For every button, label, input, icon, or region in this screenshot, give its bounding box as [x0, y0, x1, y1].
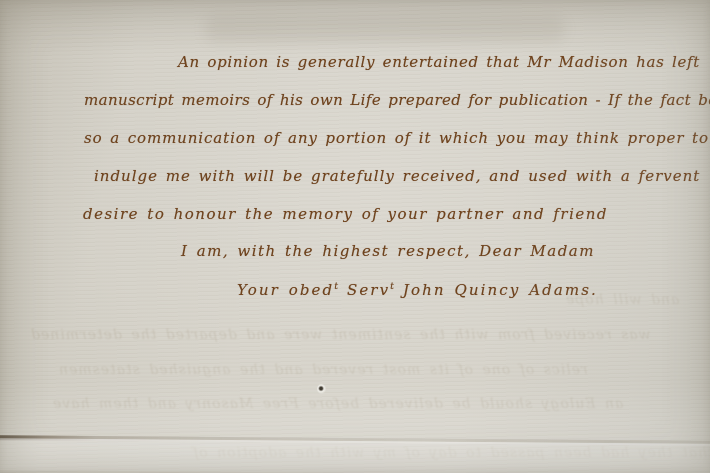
signature-closing: Serv	[338, 281, 390, 299]
bleed-through-line: relics of one of its most revered and th…	[58, 363, 588, 377]
fold-crease	[0, 435, 710, 446]
letter-line: manuscript memoirs of his own Life prepa…	[84, 93, 710, 108]
below-fold-highlight	[0, 438, 710, 473]
letter-line: desire to honour the memory of your part…	[83, 207, 608, 222]
letter-line: An opinion is generally entertained that…	[178, 55, 700, 70]
letter-line: so a communication of any portion of it …	[84, 131, 709, 146]
signature-closing: Your obed	[237, 281, 334, 299]
signature-line: Your obedt Servt John Quincy Adams.	[237, 282, 598, 298]
bleed-through-line: an Eulogy should be delivered before Fre…	[52, 397, 623, 411]
closing-line: I am, with the highest respect, Dear Mad…	[181, 244, 595, 259]
bleed-through-line: that they had been passed to day of my w…	[192, 446, 710, 460]
letter-line: indulge me with will be gratefully recei…	[94, 169, 700, 184]
letter-photo: An opinion is generally entertained that…	[0, 0, 710, 473]
ink-smudge	[205, 16, 565, 42]
bleed-through-line: was received from with the sentiment wer…	[30, 328, 651, 342]
signature-name: John Quincy Adams.	[394, 281, 598, 299]
paper-hole	[317, 384, 326, 394]
